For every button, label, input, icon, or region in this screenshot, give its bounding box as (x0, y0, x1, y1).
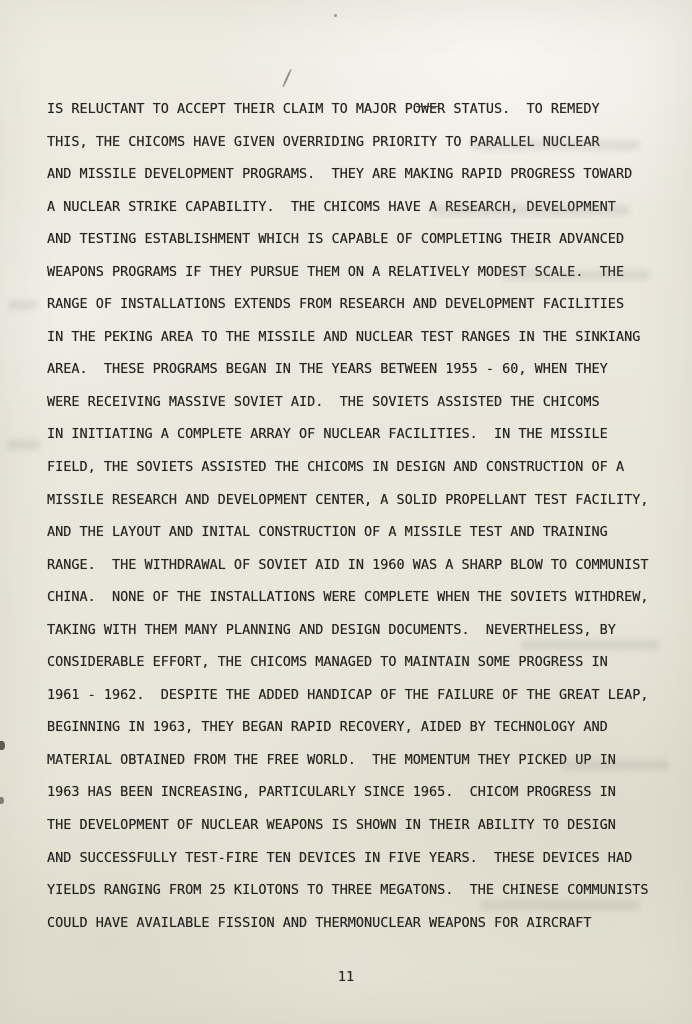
document-page: IS RELUCTANT TO ACCEPT THEIR CLAIM TO MA… (0, 0, 692, 1024)
text-line: CONSIDERABLE EFFORT, THE CHICOMS MANAGED… (47, 646, 677, 679)
text-line: IS RELUCTANT TO ACCEPT THEIR CLAIM TO MA… (47, 93, 677, 126)
text-line: MISSILE RESEARCH AND DEVELOPMENT CENTER,… (47, 484, 677, 517)
typed-overline-mark (416, 106, 438, 107)
show-through-smudge (560, 760, 670, 770)
show-through-smudge (430, 205, 630, 215)
text-line: CHINA. NONE OF THE INSTALLATIONS WERE CO… (47, 581, 677, 614)
show-through-smudge (8, 300, 38, 310)
text-line: AREA. THESE PROGRAMS BEGAN IN THE YEARS … (47, 353, 677, 386)
show-through-smudge (500, 270, 650, 280)
text-line: IN THE PEKING AREA TO THE MISSILE AND NU… (47, 321, 677, 354)
text-line: 1963 HAS BEEN INCREASING, PARTICULARLY S… (47, 776, 677, 809)
text-line: AND THE LAYOUT AND INITAL CONSTRUCTION O… (47, 516, 677, 549)
show-through-smudge (520, 640, 660, 650)
text-line: 1961 - 1962. DESPITE THE ADDED HANDICAP … (47, 679, 677, 712)
text-line: THE DEVELOPMENT OF NUCLEAR WEAPONS IS SH… (47, 809, 677, 842)
show-through-smudge (470, 140, 640, 150)
body-text: IS RELUCTANT TO ACCEPT THEIR CLAIM TO MA… (47, 93, 677, 939)
text-line: COULD HAVE AVAILABLE FISSION AND THERMON… (47, 907, 677, 940)
text-line: RANGE OF INSTALLATIONS EXTENDS FROM RESE… (47, 288, 677, 321)
show-through-smudge (6, 440, 40, 450)
text-line: WERE RECEIVING MASSIVE SOVIET AID. THE S… (47, 386, 677, 419)
text-line: AND TESTING ESTABLISHMENT WHICH IS CAPAB… (47, 223, 677, 256)
left-edge-mark (0, 797, 4, 804)
text-line: RANGE. THE WITHDRAWAL OF SOVIET AID IN 1… (47, 549, 677, 582)
paper-fiber-mark (282, 68, 292, 87)
left-edge-mark (0, 741, 5, 750)
text-line: BEGINNING IN 1963, THEY BEGAN RAPID RECO… (47, 711, 677, 744)
text-line: FIELD, THE SOVIETS ASSISTED THE CHICOMS … (47, 451, 677, 484)
text-line: AND MISSILE DEVELOPMENT PROGRAMS. THEY A… (47, 158, 677, 191)
text-line: IN INITIATING A COMPLETE ARRAY OF NUCLEA… (47, 418, 677, 451)
page-number: 11 (0, 969, 692, 985)
paper-speck (334, 14, 337, 17)
show-through-smudge (480, 900, 640, 910)
text-line: AND SUCCESSFULLY TEST-FIRE TEN DEVICES I… (47, 842, 677, 875)
